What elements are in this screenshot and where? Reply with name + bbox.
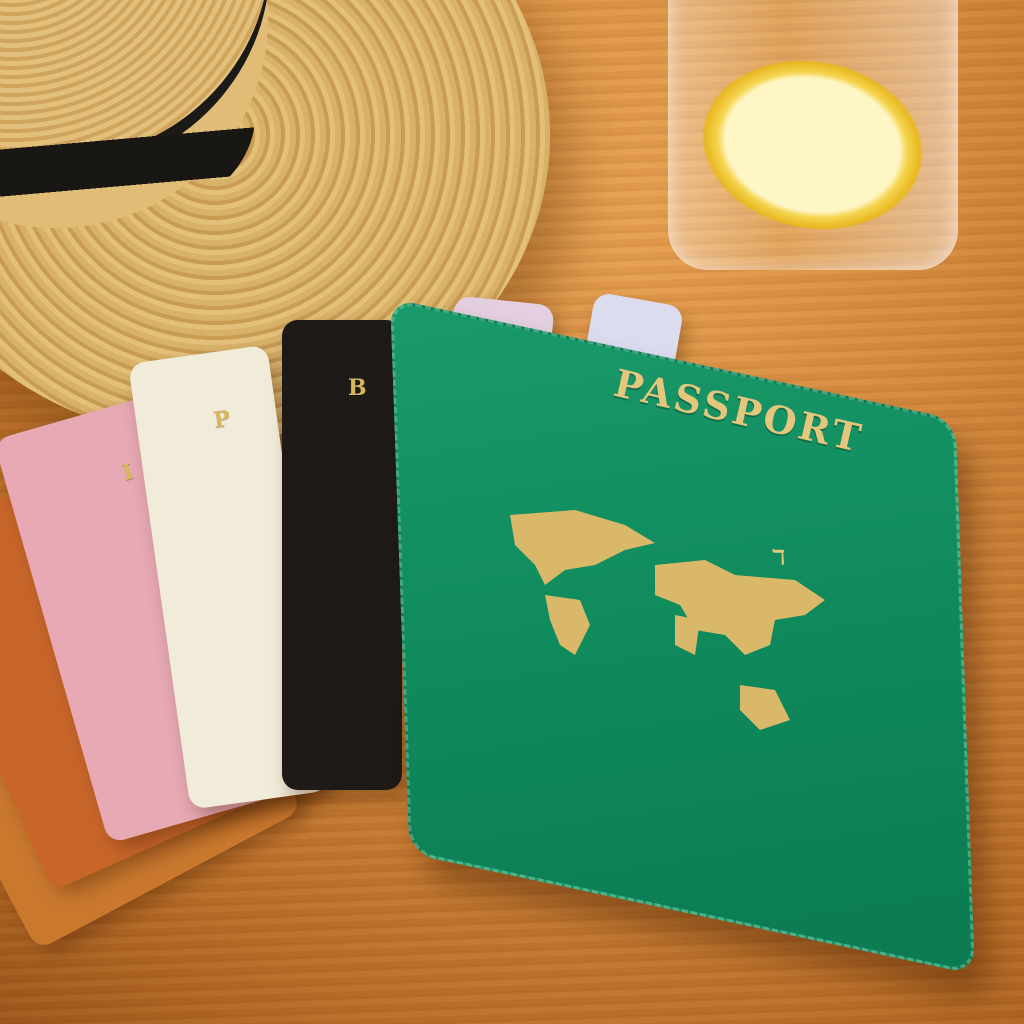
emblem-glyph: ℸ — [772, 545, 785, 569]
world-map-icon — [505, 505, 835, 745]
monogram-letter: I — [119, 458, 136, 486]
passport-cover-black: B — [282, 320, 402, 790]
monogram-letter: P — [212, 406, 232, 434]
monogram-letter: B — [348, 375, 367, 401]
